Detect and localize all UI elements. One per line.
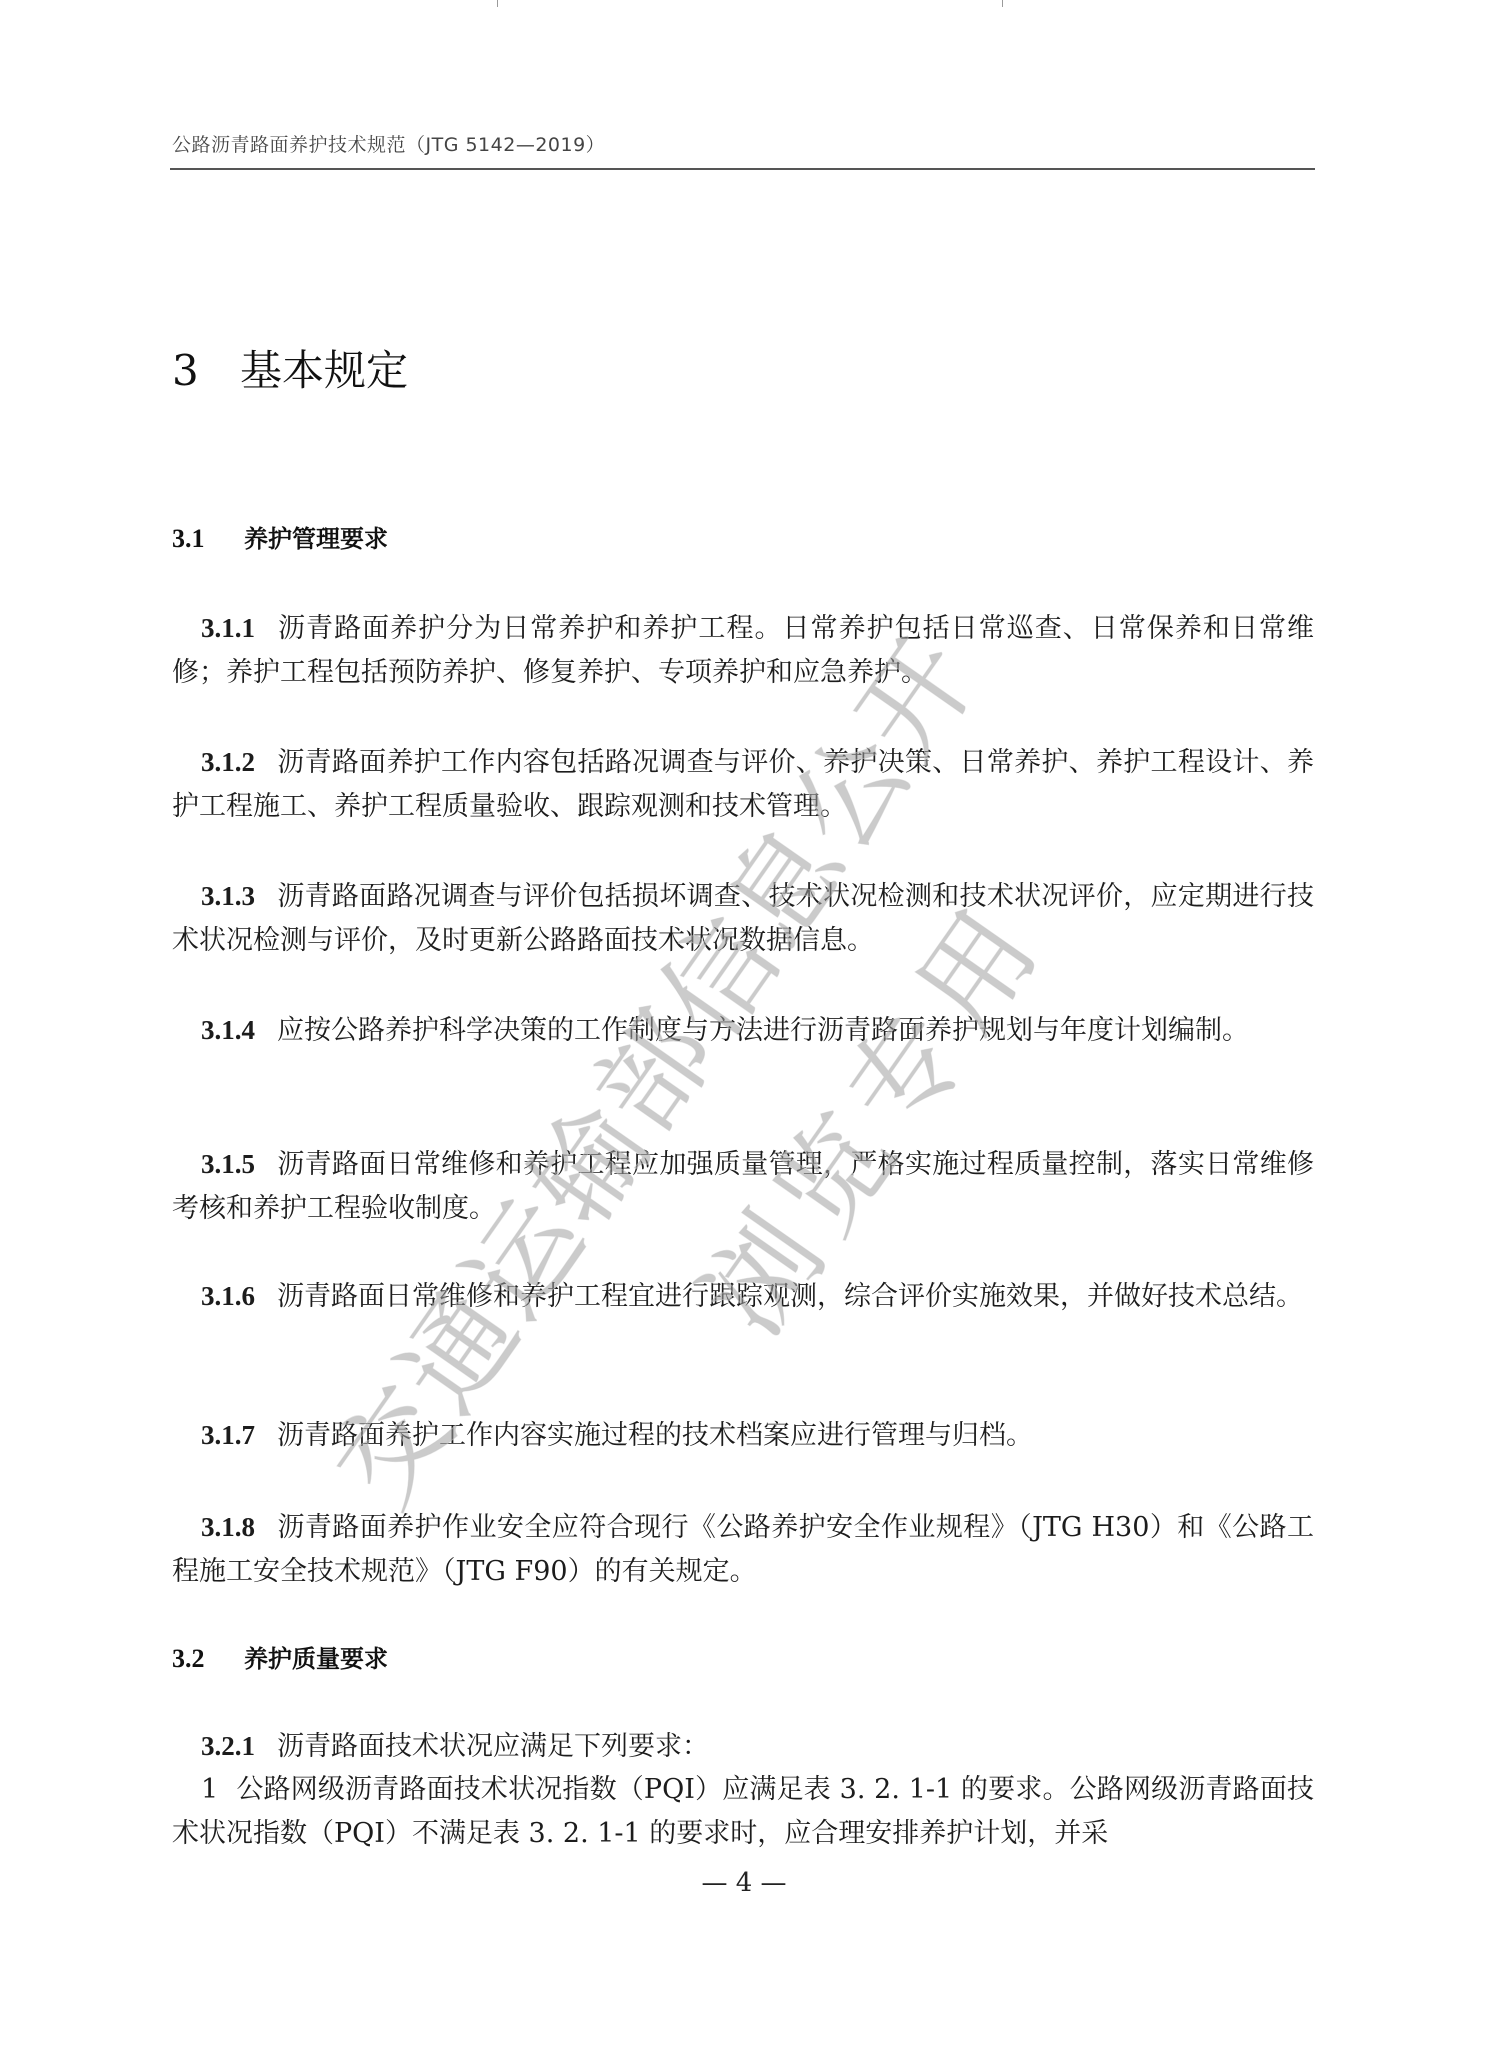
clause-text: 沥青路面日常维修和养护工程宜进行跟踪观测，综合评价实施效果，并做好技术总结。	[277, 1281, 1303, 1312]
clause-3-2-1: 3.2.1沥青路面技术状况应满足下列要求：	[172, 1724, 1314, 1769]
section-heading-3-1: 3.1养护管理要求	[172, 519, 388, 554]
item-text: 公路网级沥青路面技术状况指数（PQI）应满足表 3. 2. 1-1 的要求。公路…	[172, 1774, 1314, 1849]
clause-text: 沥青路面养护分为日常养护和养护工程。日常养护包括日常巡查、日常保养和日常维修；养…	[172, 613, 1314, 688]
clause-text: 沥青路面日常维修和养护工程应加强质量管理，严格实施过程质量控制，落实日常维修考核…	[172, 1149, 1314, 1224]
header-rule	[170, 168, 1315, 170]
section-number: 3.2	[172, 1644, 244, 1674]
section-heading-3-2: 3.2养护质量要求	[172, 1639, 388, 1674]
clause-number: 3.1.1	[201, 613, 255, 643]
page-number: — 4 —	[0, 1868, 1488, 1898]
clause-text: 沥青路面养护作业安全应符合现行《公路养护安全作业规程》（JTG H30）和《公路…	[172, 1512, 1314, 1587]
clause-number: 3.1.5	[201, 1149, 255, 1179]
clause-number: 3.2.1	[201, 1731, 255, 1761]
clause-3-1-5: 3.1.5沥青路面日常维修和养护工程应加强质量管理，严格实施过程质量控制，落实日…	[172, 1142, 1314, 1231]
section-title-text: 养护管理要求	[244, 525, 388, 553]
clause-text: 沥青路面路况调查与评价包括损坏调查、技术状况检测和技术状况评价，应定期进行技术状…	[172, 881, 1314, 956]
clause-3-1-2: 3.1.2沥青路面养护工作内容包括路况调查与评价、养护决策、日常养护、养护工程设…	[172, 740, 1314, 829]
clause-number: 3.1.2	[201, 747, 255, 777]
clause-3-1-7: 3.1.7沥青路面养护工作内容实施过程的技术档案应进行管理与归档。	[172, 1413, 1314, 1458]
clause-number: 3.1.6	[201, 1281, 255, 1311]
clause-3-1-4: 3.1.4应按公路养护科学决策的工作制度与方法进行沥青路面养护规划与年度计划编制…	[172, 1008, 1314, 1053]
chapter-title-text: 基本规定	[240, 346, 408, 395]
list-item-1: 1公路网级沥青路面技术状况指数（PQI）应满足表 3. 2. 1-1 的要求。公…	[172, 1768, 1314, 1856]
clause-3-1-6: 3.1.6沥青路面日常维修和养护工程宜进行跟踪观测，综合评价实施效果，并做好技术…	[172, 1274, 1314, 1319]
crop-mark-left	[497, 0, 498, 7]
clause-number: 3.1.3	[201, 881, 255, 911]
clause-number: 3.1.4	[201, 1015, 255, 1045]
clause-text: 沥青路面养护工作内容包括路况调查与评价、养护决策、日常养护、养护工程设计、养护工…	[172, 747, 1314, 822]
crop-mark-right	[1002, 0, 1003, 7]
clause-3-1-8: 3.1.8沥青路面养护作业安全应符合现行《公路养护安全作业规程》（JTG H30…	[172, 1505, 1314, 1594]
clause-number: 3.1.7	[201, 1420, 255, 1450]
clause-number: 3.1.8	[201, 1512, 255, 1542]
section-title-text: 养护质量要求	[244, 1645, 388, 1673]
item-number: 1	[201, 1774, 218, 1805]
clause-text: 沥青路面技术状况应满足下列要求：	[277, 1731, 709, 1762]
clause-text: 沥青路面养护工作内容实施过程的技术档案应进行管理与归档。	[277, 1420, 1033, 1451]
chapter-number: 3	[172, 346, 240, 395]
clause-3-1-3: 3.1.3沥青路面路况调查与评价包括损坏调查、技术状况检测和技术状况评价，应定期…	[172, 874, 1314, 963]
clause-text: 应按公路养护科学决策的工作制度与方法进行沥青路面养护规划与年度计划编制。	[277, 1015, 1249, 1046]
running-head: 公路沥青路面养护技术规范（JTG 5142—2019）	[172, 130, 605, 157]
chapter-title: 3基本规定	[172, 338, 408, 398]
section-number: 3.1	[172, 524, 244, 554]
clause-3-1-1: 3.1.1沥青路面养护分为日常养护和养护工程。日常养护包括日常巡查、日常保养和日…	[172, 606, 1314, 695]
